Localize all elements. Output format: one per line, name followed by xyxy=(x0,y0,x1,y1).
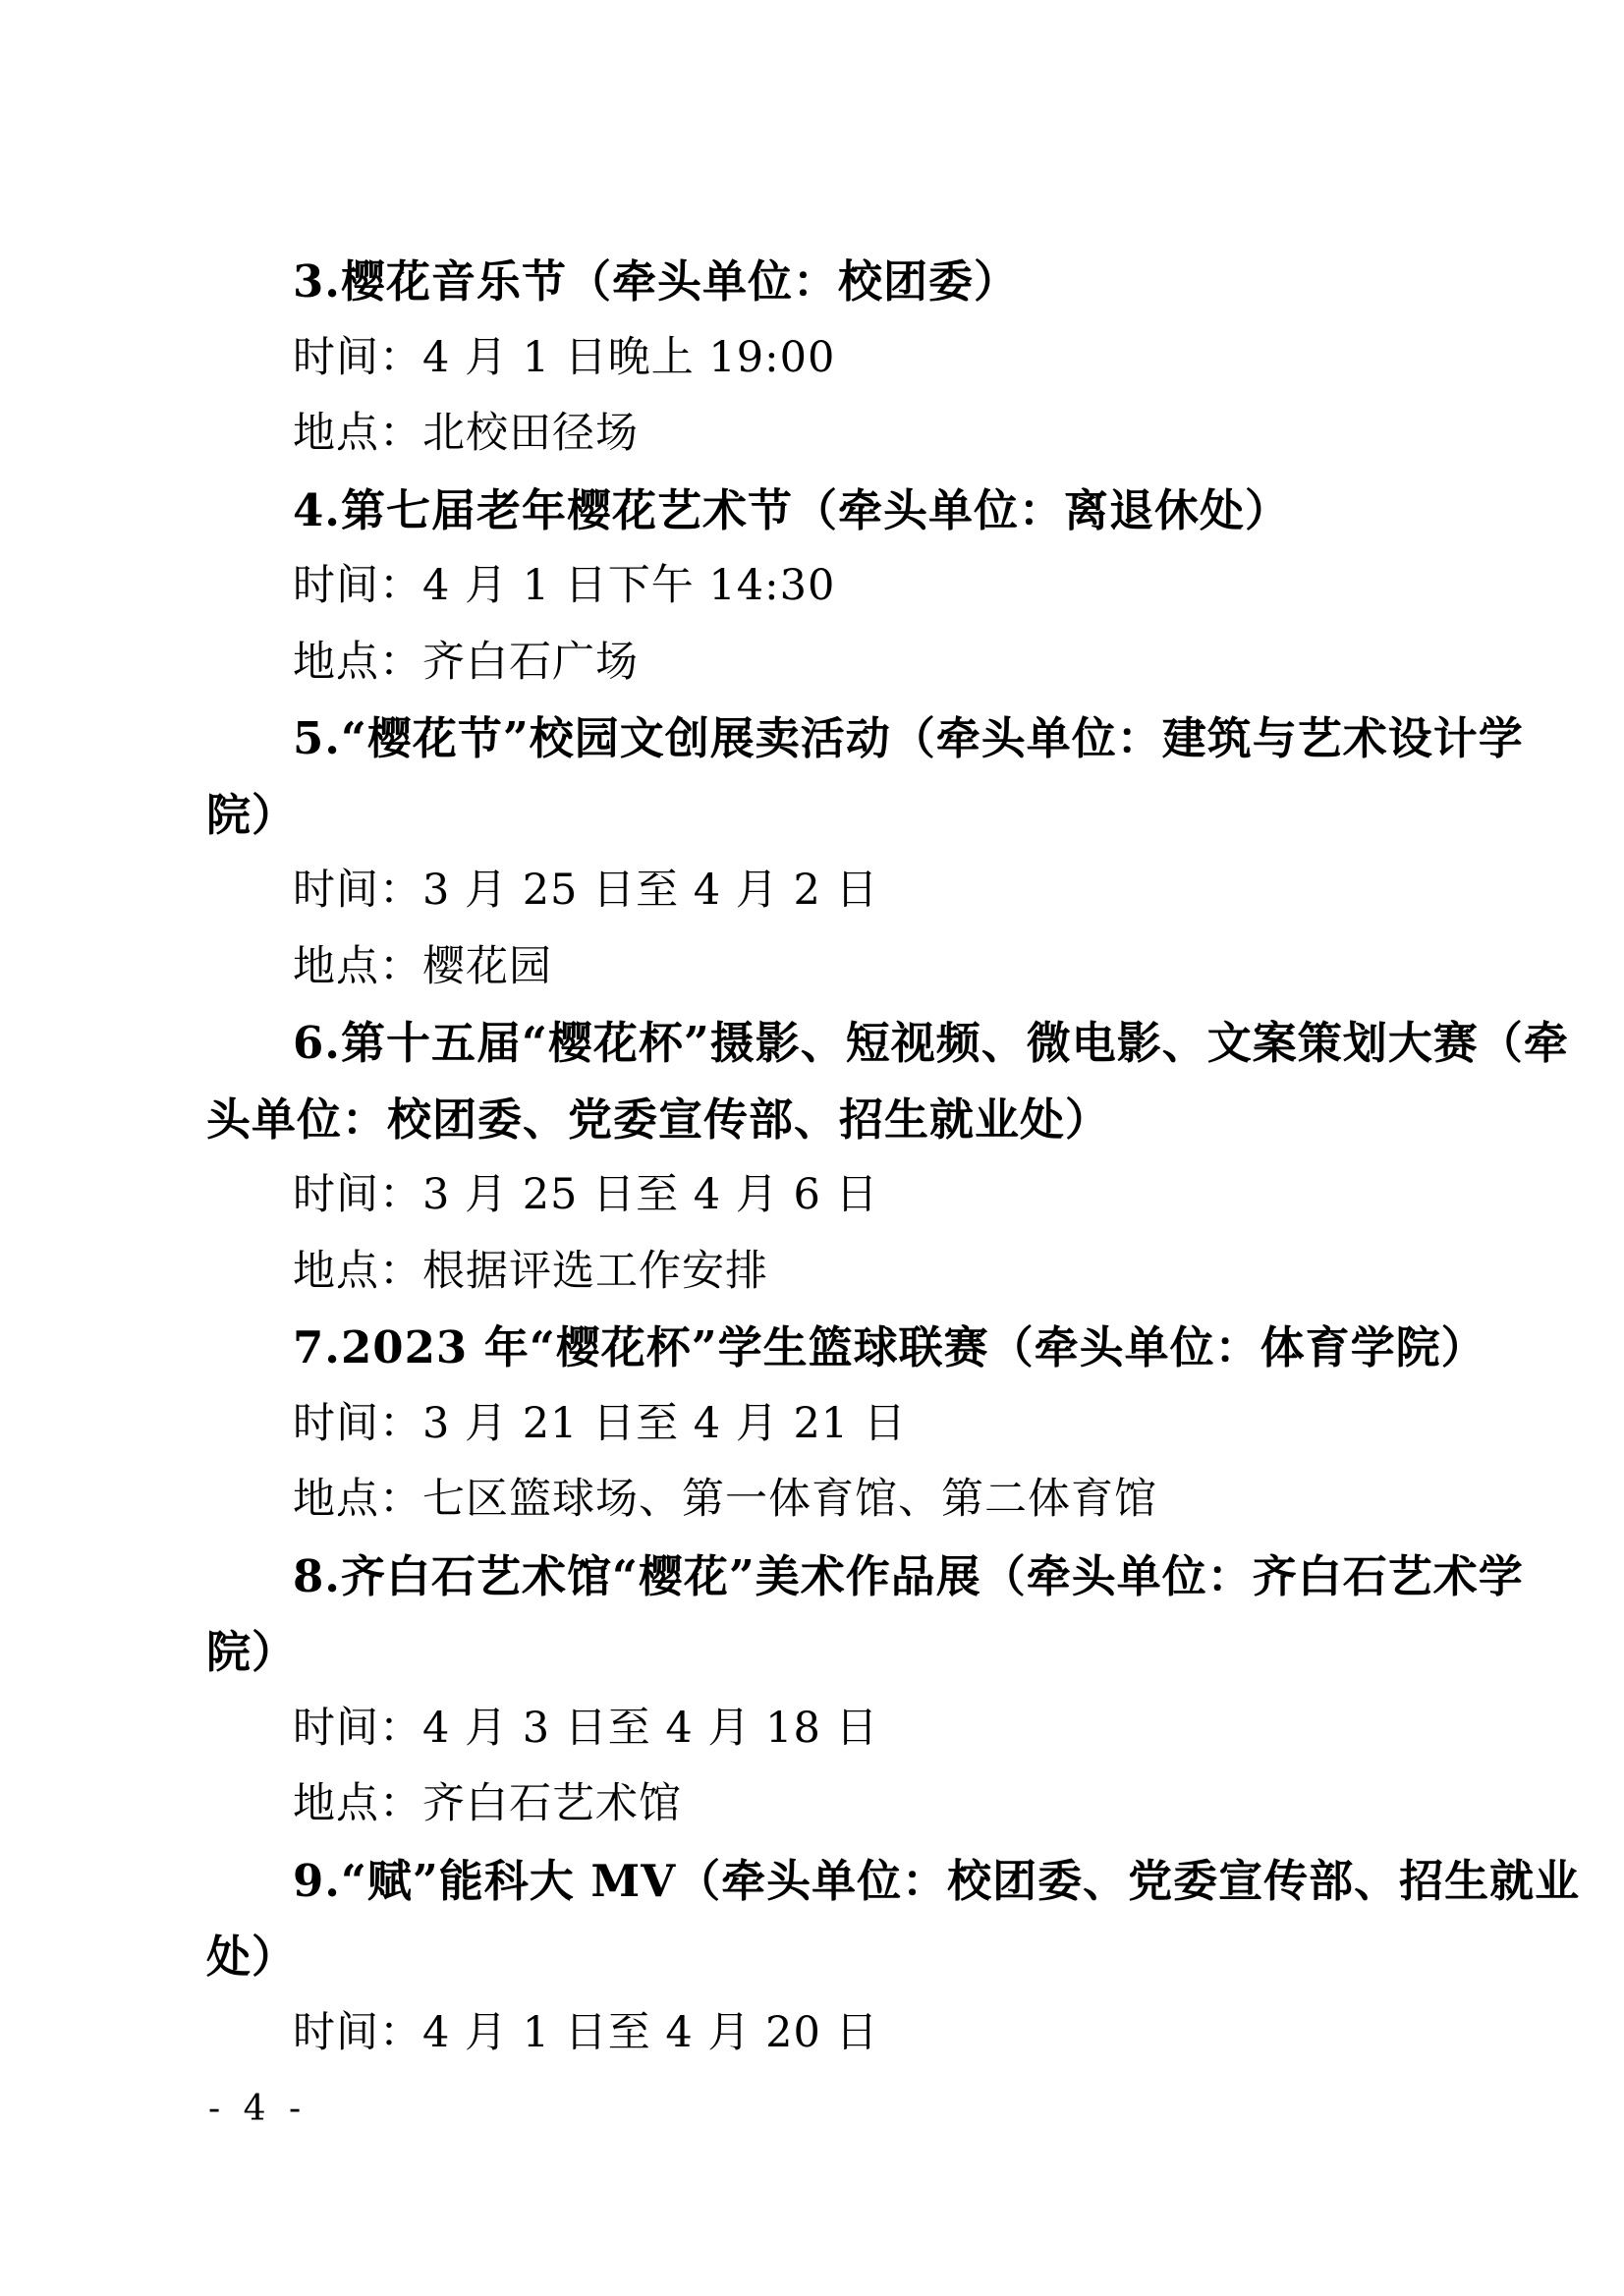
document-body: 3.樱花音乐节（牵头单位：校团委）时间：4 月 1 日晚上 19:00地点：北校… xyxy=(206,244,1498,2071)
event-title-line: 处） xyxy=(206,1919,1498,1995)
event-time: 时间：3 月 21 日至 4 月 21 日 xyxy=(206,1386,1498,1463)
event-time: 时间：4 月 3 日至 4 月 18 日 xyxy=(206,1691,1498,1767)
document-page: 3.樱花音乐节（牵头单位：校团委）时间：4 月 1 日晚上 19:00地点：北校… xyxy=(0,0,1624,2296)
event-title-line: 院） xyxy=(206,777,1498,854)
event-title-line: 院） xyxy=(206,1614,1498,1691)
event-title-line: 5.“樱花节”校园文创展卖活动（牵头单位：建筑与艺术设计学 xyxy=(206,700,1498,777)
event-title-line: 6.第十五届“樱花杯”摄影、短视频、微电影、文案策划大赛（牵 xyxy=(206,1005,1498,1082)
event-location: 地点：七区篮球场、第一体育馆、第二体育馆 xyxy=(206,1462,1498,1539)
event-time: 时间：4 月 1 日晚上 19:00 xyxy=(206,320,1498,397)
page-number: - 4 - xyxy=(208,2089,307,2129)
event-item: 6.第十五届“樱花杯”摄影、短视频、微电影、文案策划大赛（牵头单位：校团委、党委… xyxy=(206,1005,1498,1310)
event-location: 地点：樱花园 xyxy=(206,929,1498,1006)
event-title-line: 头单位：校团委、党委宣传部、招生就业处） xyxy=(206,1082,1498,1158)
event-location: 地点：齐白石广场 xyxy=(206,625,1498,701)
event-item: 5.“樱花节”校园文创展卖活动（牵头单位：建筑与艺术设计学院）时间：3 月 25… xyxy=(206,700,1498,1005)
event-title-line: 4.第七届老年樱花艺术节（牵头单位：离退休处） xyxy=(206,473,1498,549)
event-item: 8.齐白石艺术馆“樱花”美术作品展（牵头单位：齐白石艺术学院）时间：4 月 3 … xyxy=(206,1539,1498,1843)
event-time: 时间：4 月 1 日至 4 月 20 日 xyxy=(206,1995,1498,2072)
event-title-line: 7.2023 年“樱花杯”学生篮球联赛（牵头单位：体育学院） xyxy=(206,1310,1498,1386)
event-location: 地点：根据评选工作安排 xyxy=(206,1234,1498,1311)
event-time: 时间：3 月 25 日至 4 月 2 日 xyxy=(206,853,1498,929)
event-item: 9.“赋”能科大 MV（牵头单位：校团委、党委宣传部、招生就业处）时间：4 月 … xyxy=(206,1843,1498,2072)
event-location: 地点：北校田径场 xyxy=(206,396,1498,473)
event-item: 4.第七届老年樱花艺术节（牵头单位：离退休处）时间：4 月 1 日下午 14:3… xyxy=(206,473,1498,701)
event-item: 7.2023 年“樱花杯”学生篮球联赛（牵头单位：体育学院）时间：3 月 21 … xyxy=(206,1310,1498,1539)
event-title-line: 9.“赋”能科大 MV（牵头单位：校团委、党委宣传部、招生就业 xyxy=(206,1843,1498,1920)
event-title-line: 3.樱花音乐节（牵头单位：校团委） xyxy=(206,244,1498,320)
event-time: 时间：4 月 1 日下午 14:30 xyxy=(206,548,1498,625)
event-item: 3.樱花音乐节（牵头单位：校团委）时间：4 月 1 日晚上 19:00地点：北校… xyxy=(206,244,1498,473)
event-time: 时间：3 月 25 日至 4 月 6 日 xyxy=(206,1157,1498,1234)
event-location: 地点：齐白石艺术馆 xyxy=(206,1766,1498,1843)
event-title-line: 8.齐白石艺术馆“樱花”美术作品展（牵头单位：齐白石艺术学 xyxy=(206,1539,1498,1615)
